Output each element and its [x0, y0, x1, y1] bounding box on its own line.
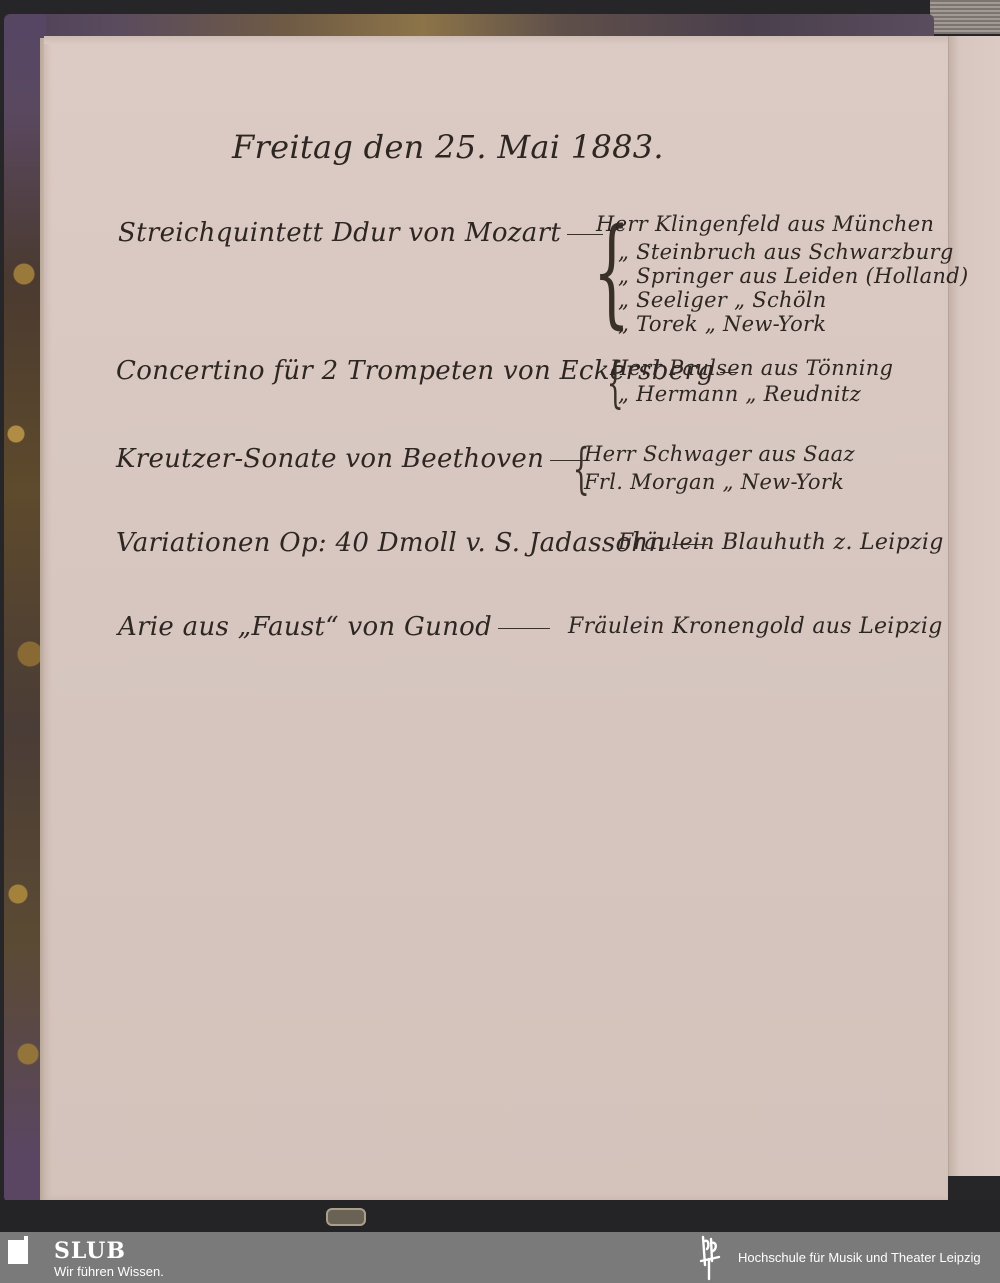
- slub-book-icon: [8, 1240, 24, 1264]
- performer-line: Herr Klingenfeld aus München: [596, 212, 934, 237]
- page-top-edge: [44, 36, 948, 44]
- performer-line: „ Springer aus Leiden (Holland): [618, 264, 968, 289]
- dash-separator: [498, 628, 550, 629]
- performer-line: Fräulein Blauhuth z. Leipzig: [618, 530, 944, 555]
- scanned-book-spread: Freitag den 25. Mai 1883. Streichquintet…: [0, 0, 1000, 1232]
- program-work: Streichquintett Ddur von Mozart: [118, 218, 603, 248]
- performer-line: Frl. Morgan „ New-York: [584, 470, 844, 495]
- work-title: Arie aus „Faust“ von Gunod: [118, 612, 492, 642]
- book-page-edges: [930, 0, 1000, 34]
- work-title: Streichquintett Ddur von Mozart: [118, 218, 561, 248]
- book-bottom-edge: [0, 1200, 1000, 1232]
- work-title: Kreutzer-Sonate von Beethoven: [116, 444, 544, 474]
- performer-line: „ Seeliger „ Schöln: [618, 288, 827, 313]
- program-work: Arie aus „Faust“ von Gunod: [118, 612, 550, 642]
- work-title: Variationen Op: 40 Dmoll v. S. Jadassohn: [116, 528, 666, 558]
- clip-icon: [326, 1208, 366, 1226]
- slub-logo-text[interactable]: SLUB: [54, 1238, 126, 1264]
- hmt-logo-icon[interactable]: [697, 1235, 723, 1281]
- slub-tagline: Wir führen Wissen.: [54, 1264, 164, 1279]
- performer-line: „ Torek „ New-York: [618, 312, 826, 337]
- hmt-institution-name[interactable]: Hochschule für Musik und Theater Leipzig: [738, 1250, 981, 1265]
- program-work: Kreutzer-Sonate von Beethoven: [116, 444, 586, 474]
- performer-line: Herr Schwager aus Saaz: [584, 442, 855, 467]
- page-heading: Freitag den 25. Mai 1883.: [232, 128, 664, 166]
- performer-line: „ Steinbruch aus Schwarzburg: [618, 240, 954, 265]
- performer-line: Fräulein Kronengold aus Leipzig: [568, 614, 943, 639]
- facing-page-edge: [948, 36, 1000, 1176]
- viewer-footer: SLUB Wir führen Wissen. Hochschule für M…: [0, 1232, 1000, 1283]
- performer-line: Herr Paulsen aus Tönning: [610, 356, 893, 381]
- performer-line: „ Hermann „ Reudnitz: [618, 382, 861, 407]
